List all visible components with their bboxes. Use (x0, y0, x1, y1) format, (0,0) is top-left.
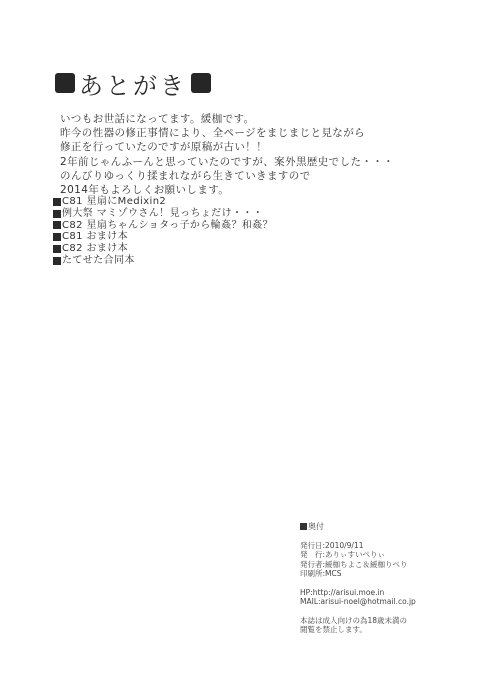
paragraph-line: のんびりゆっくり揉まれながら生きていきますので (60, 169, 394, 183)
list-item: C82 星扇ちゃんショタっ子から輪姦？和姦？ (53, 220, 273, 232)
list-item: C82 おまけ本 (53, 243, 273, 255)
bullet-square-icon (53, 257, 61, 265)
contact-line: MAIL:arisui-noel@hotmail.co.jp (300, 597, 416, 607)
work-title: 例大祭 マミゾウさん！見っちょだけ・・・ (62, 208, 263, 220)
afterword-heading: あとがき (55, 67, 211, 99)
colophon-line: 発行日:2010/9/11 (300, 541, 416, 551)
list-item: 例大祭 マミゾウさん！見っちょだけ・・・ (53, 208, 273, 220)
colophon: 奥付 発行日:2010/9/11 発 行:ありぃすいぺりぃ 発行者:緩枷ちよこ＆… (300, 522, 416, 635)
work-title: たてせた合同本 (62, 255, 135, 267)
list-item: C81 星扇にMedixin2 (53, 196, 273, 208)
colophon-heading: 奥付 (300, 522, 416, 532)
work-title: C81 おまけ本 (62, 231, 128, 243)
heading-square-icon (300, 523, 307, 530)
heading-square-icon (55, 73, 75, 93)
work-title: C82 おまけ本 (62, 243, 128, 255)
bullet-square-icon (53, 198, 61, 206)
paragraph-line: 昨今の性器の修正事情により、全ページをまじまじと見ながら (60, 126, 394, 140)
colophon-line: 発行者:緩枷ちよこ＆緩枷りぺり (300, 560, 416, 570)
afterword-paragraph: いつもお世話になってます。緩枷です。 昨今の性器の修正事情により、全ページをまじ… (60, 112, 394, 197)
bullet-square-icon (53, 210, 61, 218)
paragraph-line: 2年前じゃんふーんと思っていたのですが、案外黒歴史でした・・・ (60, 155, 394, 169)
afterword-title: あとがき (79, 66, 187, 101)
colophon-line: 印刷所:MCS (300, 569, 416, 579)
list-item: C81 おまけ本 (53, 231, 273, 243)
bullet-square-icon (53, 233, 61, 241)
paragraph-line: いつもお世話になってます。緩枷です。 (60, 112, 394, 126)
heading-square-icon (191, 73, 211, 93)
work-title: C81 星扇にMedixin2 (62, 196, 166, 208)
works-list: C81 星扇にMedixin2 例大祭 マミゾウさん！見っちょだけ・・・ C82… (53, 196, 273, 267)
notice-line: 本誌は成人向けの為18歳未満の (300, 616, 416, 626)
colophon-title: 奥付 (308, 522, 324, 532)
work-title: C82 星扇ちゃんショタっ子から輪姦？和姦？ (62, 220, 273, 232)
bullet-square-icon (53, 221, 61, 229)
list-item: たてせた合同本 (53, 255, 273, 267)
notice-line: 閲覧を禁止します。 (300, 625, 416, 635)
colophon-line: 発 行:ありぃすいぺりぃ (300, 550, 416, 560)
contact-line: HP:http://arisui.moe.in (300, 588, 416, 598)
paragraph-line: 修正を行っていたのですが原稿が古い！！ (60, 140, 394, 154)
bullet-square-icon (53, 245, 61, 253)
